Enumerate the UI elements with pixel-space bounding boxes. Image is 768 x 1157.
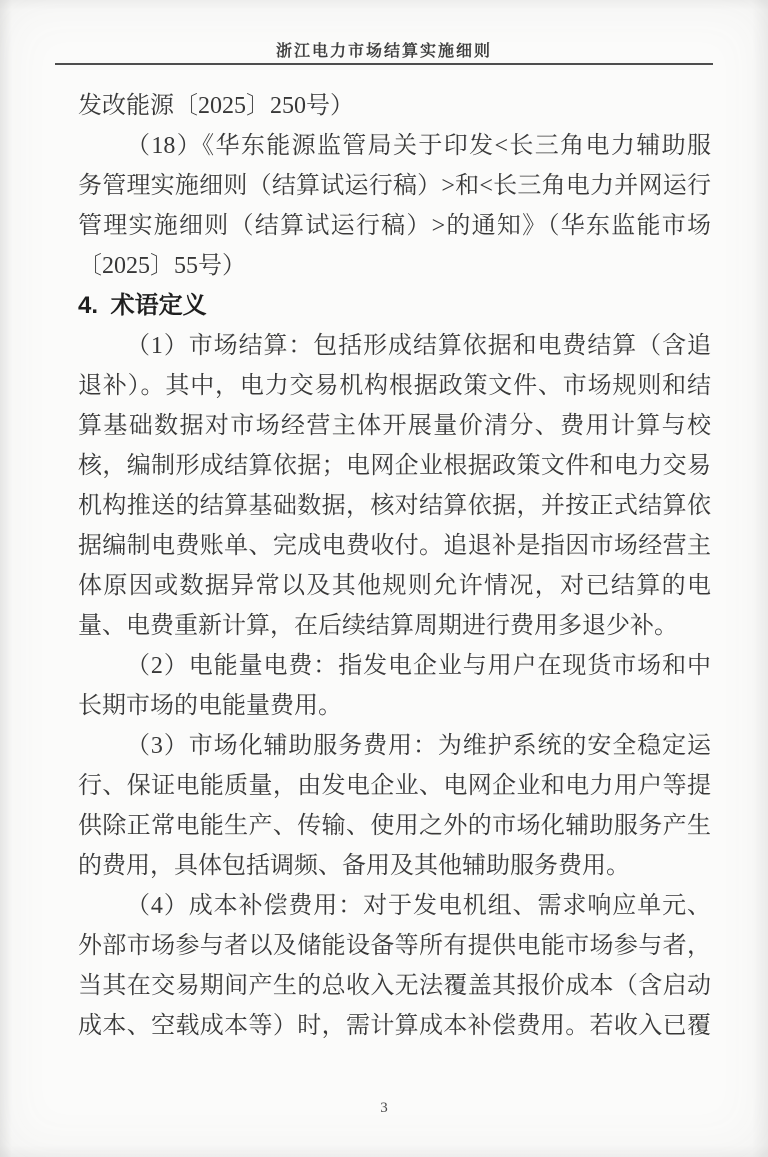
section-heading: 4. 术语定义 [78, 286, 711, 326]
text-line: 行、保证电能质量，由发电企业、电网企业和电力用户等提 [78, 766, 711, 806]
text-line: 的费用，具体包括调频、备用及其他辅助服务费用。 [78, 846, 711, 886]
document-page: 浙江电力市场结算实施细则 发改能源〔2025〕250号） （18）《华东能源监管… [0, 0, 768, 1157]
text-line: （18）《华东能源监管局关于印发<长三角电力辅助服 [78, 126, 711, 166]
text-line: 退补）。其中，电力交易机构根据政策文件、市场规则和结 [78, 366, 711, 406]
page-number: 3 [0, 1096, 768, 1120]
text-line: 管理实施细则（结算试运行稿）>的通知》（华东监能市场 [78, 206, 711, 246]
header-rule [55, 63, 713, 65]
text-line: 量、电费重新计算，在后续结算周期进行费用多退少补。 [78, 606, 711, 646]
running-header-title: 浙江电力市场结算实施细则 [55, 42, 713, 62]
text-line: （3）市场化辅助服务费用：为维护系统的安全稳定运 [78, 726, 711, 766]
text-line: （4）成本补偿费用：对于发电机组、需求响应单元、 [78, 886, 711, 926]
text-line: 据编制电费账单、完成电费收付。追退补是指因市场经营主 [78, 526, 711, 566]
text-line: 〔2025〕55号） [78, 246, 711, 286]
text-line: 体原因或数据异常以及其他规则允许情况，对已结算的电 [78, 566, 711, 606]
text-line: 外部市场参与者以及储能设备等所有提供电能市场参与者， [78, 926, 711, 966]
text-line: 算基础数据对市场经营主体开展量价清分、费用计算与校 [78, 406, 711, 446]
text-line: 成本、空载成本等）时，需计算成本补偿费用。若收入已覆 [78, 1006, 711, 1046]
text-line: 核，编制形成结算依据；电网企业根据政策文件和电力交易 [78, 446, 711, 486]
text-line: 发改能源〔2025〕250号） [78, 86, 711, 126]
text-line: 机构推送的结算基础数据，核对结算依据，并按正式结算依 [78, 486, 711, 526]
text-line: 长期市场的电能量费用。 [78, 686, 711, 726]
text-line: 务管理实施细则（结算试运行稿）>和<长三角电力并网运行 [78, 166, 711, 206]
document-body: 发改能源〔2025〕250号） （18）《华东能源监管局关于印发<长三角电力辅助… [78, 86, 711, 1046]
text-line: 供除正常电能生产、传输、使用之外的市场化辅助服务产生 [78, 806, 711, 846]
text-line: （2）电能量电费：指发电企业与用户在现货市场和中 [78, 646, 711, 686]
text-line: （1）市场结算：包括形成结算依据和电费结算（含追 [78, 326, 711, 366]
text-line: 当其在交易期间产生的总收入无法覆盖其报价成本（含启动 [78, 966, 711, 1006]
